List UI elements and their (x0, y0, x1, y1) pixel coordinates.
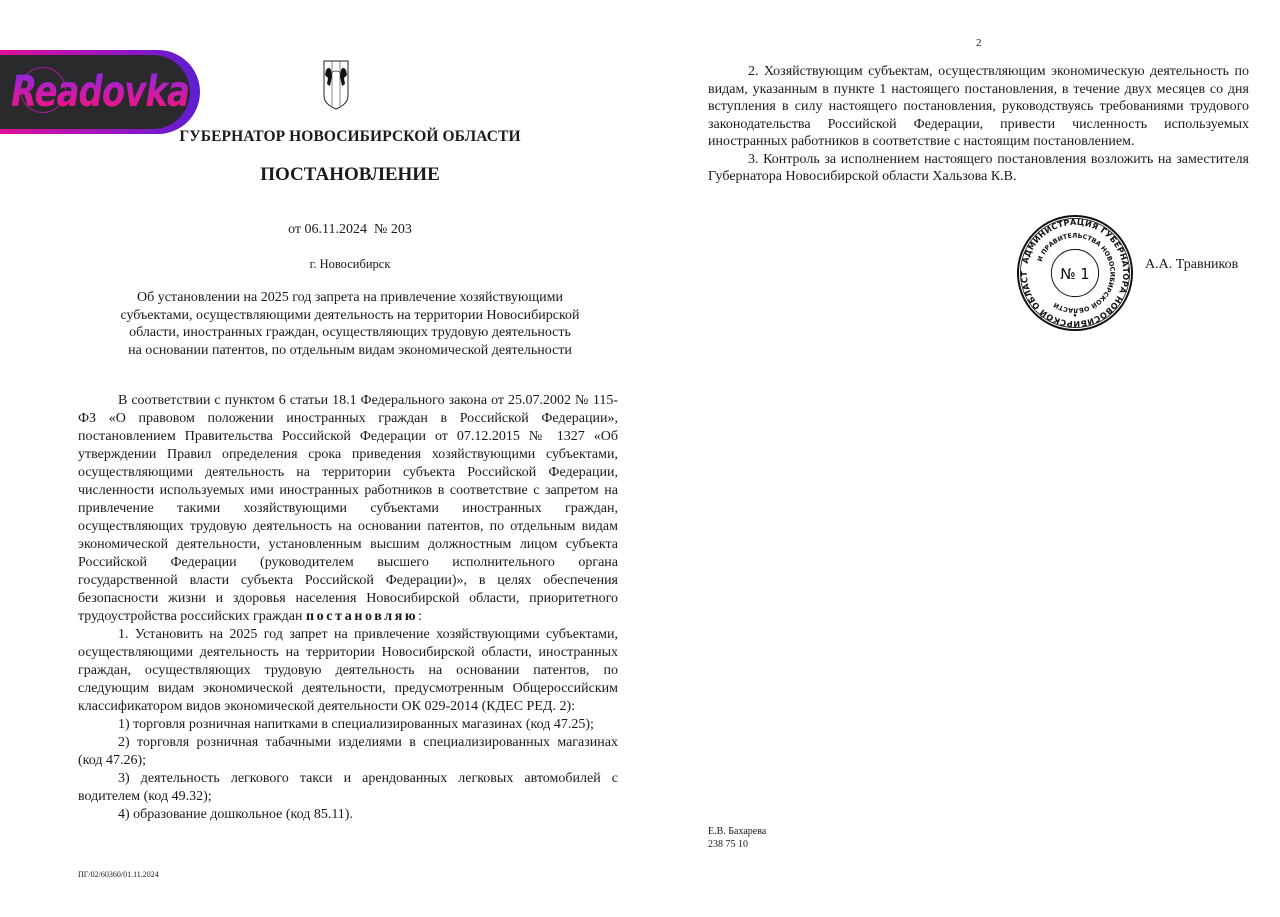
subitem-1: 1) торговля розничная напитками в специа… (78, 716, 618, 734)
decree-date-number: от 06.11.2024 № 203 (100, 222, 600, 238)
subject-line: Об установлении на 2025 год запрета на п… (88, 289, 612, 307)
page-number: 2 (976, 37, 982, 49)
official-seal-icon: АДМИНИСТРАЦИЯ ГУБЕРНАТОРА НОВОСИБИРСКОЙ … (1016, 214, 1134, 332)
item-3: 3. Контроль за исполнением настоящего по… (708, 151, 1249, 186)
subject-line: на основании патентов, по отдельным вида… (88, 342, 612, 360)
decree-operative-word: постановляю (306, 609, 418, 624)
authority-heading: ГУБЕРНАТОР НОВОСИБИРСКОЙ ОБЛАСТИ (100, 128, 600, 146)
item-2: 2. Хозяйствующим субъектам, осуществляющ… (708, 63, 1249, 151)
coat-of-arms-icon (323, 60, 349, 110)
colon: : (418, 609, 422, 624)
subject-line: области, иностранных граждан, осуществля… (88, 324, 612, 342)
brand-logo-text: Readovka (11, 67, 189, 117)
signatory-name: А.А. Травников (1145, 257, 1238, 273)
executor-phone: 238 75 10 (708, 838, 766, 851)
subitem-2: 2) торговля розничная табачными изделиям… (78, 734, 618, 770)
preamble-paragraph: В соответствии с пунктом 6 статьи 18.1 Ф… (78, 392, 618, 626)
executor-name: Е.В. Бахарева (708, 825, 766, 838)
preamble-text: В соответствии с пунктом 6 статьи 18.1 Ф… (78, 393, 618, 624)
executor-info: Е.В. Бахарева 238 75 10 (708, 825, 766, 851)
subject-line: субъектами, осуществляющими деятельность… (88, 307, 612, 325)
seal-number: № 1 (1060, 266, 1089, 283)
subitem-3: 3) деятельность легкового такси и арендо… (78, 770, 618, 806)
decree-body-continued: 2. Хозяйствующим субъектам, осуществляющ… (708, 63, 1249, 186)
decree-subject: Об установлении на 2025 год запрета на п… (88, 289, 612, 359)
document-page-1: Readovka ГУБЕРНАТОР НОВОСИБИРСКОЙ ОБЛАСТ… (0, 0, 640, 917)
item-1: 1. Установить на 2025 год запрет на прив… (78, 626, 618, 716)
issue-city: г. Новосибирск (100, 257, 600, 272)
subitem-4: 4) образование дошкольное (код 85.11). (78, 806, 618, 824)
readovka-watermark: Readovka (0, 50, 200, 134)
registration-code: ПГ/02/60360/01.11.2024 (78, 870, 159, 879)
document-type-title: ПОСТАНОВЛЕНИЕ (100, 164, 600, 186)
decree-body: В соответствии с пунктом 6 статьи 18.1 Ф… (78, 392, 618, 824)
document-page-2: 2 2. Хозяйствующим субъектам, осуществля… (640, 0, 1280, 917)
